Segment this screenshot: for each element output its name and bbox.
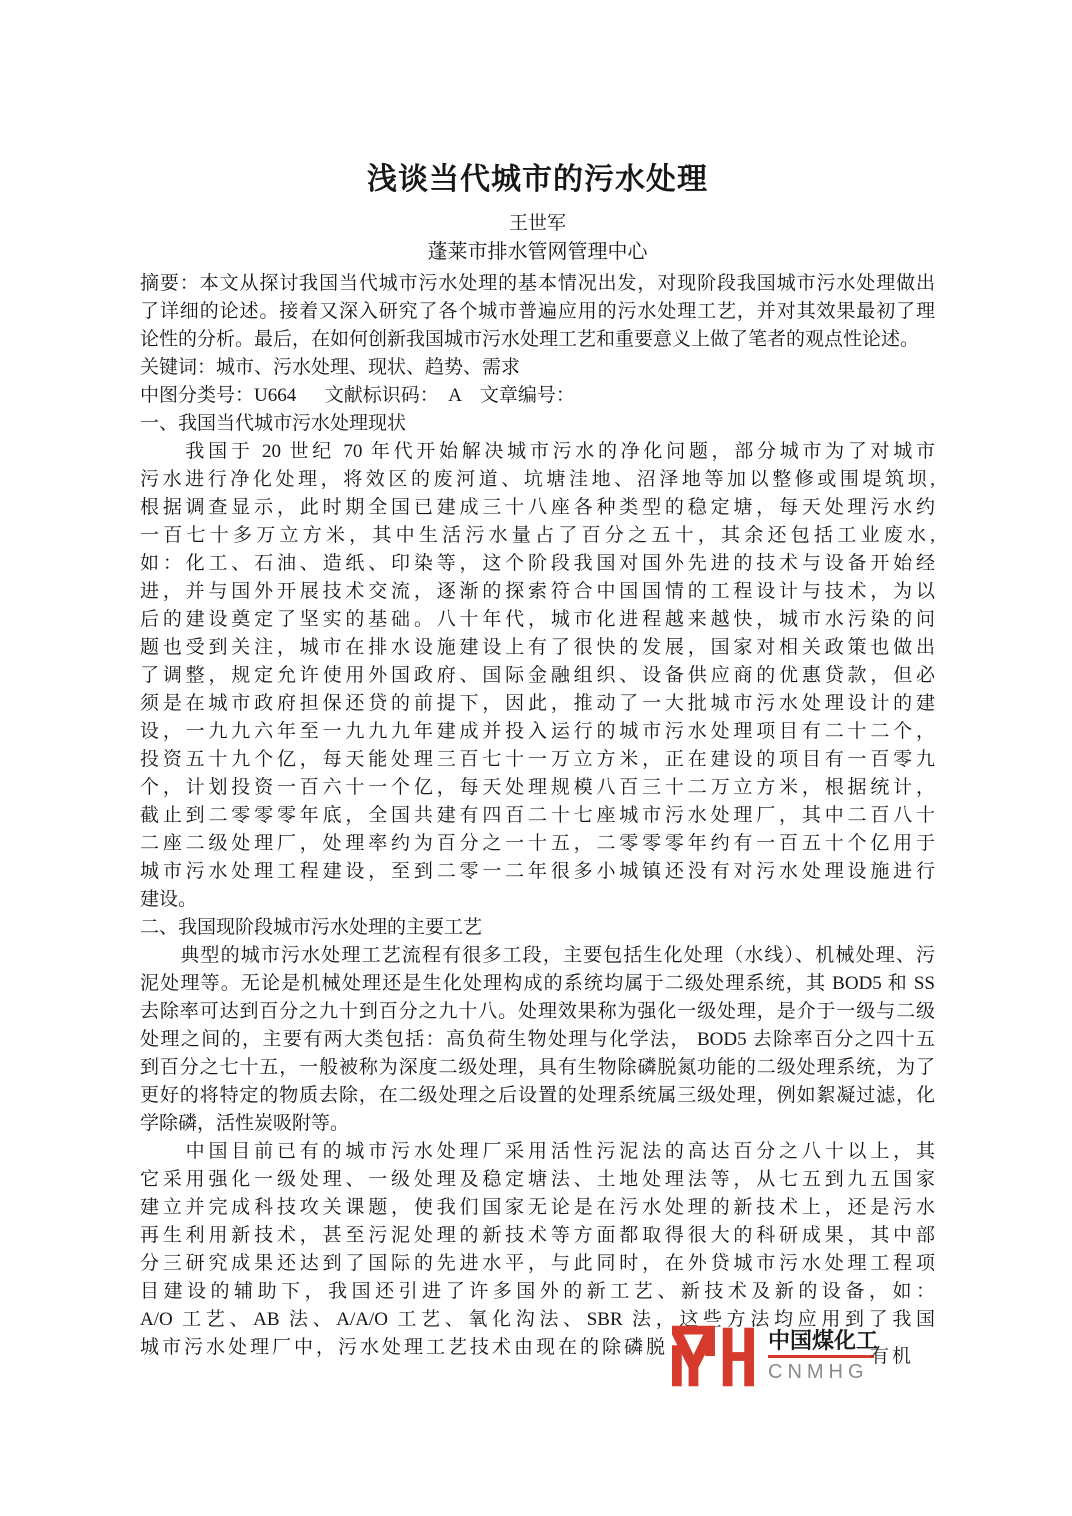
text-line: 处理之间的，主要有两大类包括：高负荷生物处理与化学法， BOD5 去除率百分之四…: [140, 1026, 935, 1054]
text-line: 论性的分析。最后，在如何创新我国城市污水处理工艺和重要意义上做了笔者的观点性论述…: [140, 326, 935, 354]
text-line: 我国于 20 世纪 70 年代开始解决城市污水的净化问题，部分城市为了对城市: [140, 438, 935, 466]
watermark-code: CNMHG: [768, 1360, 869, 1384]
watermark-underline: [768, 1355, 874, 1358]
text-line: 到百分之七十五，一般被称为深度二级处理，具有生物除磷脱氮功能的二级处理系统，为了: [140, 1054, 935, 1082]
text-line: 学除磷，活性炭吸附等。: [140, 1110, 935, 1138]
text-line: 泥处理等。无论是机械处理还是生化处理构成的系统均属于二级处理系统，其 BOD5 …: [140, 970, 935, 998]
text-line: 个，计划投资一百六十一个亿，每天处理规模八百三十二万立方米，根据统计，: [140, 774, 935, 802]
text-line: 再生利用新技术，甚至污泥处理的新技术等方面都取得很大的科研成果，其中部: [140, 1222, 935, 1250]
text-line: 中国目前已有的城市污水处理厂采用活性污泥法的高达百分之八十以上，其: [140, 1138, 935, 1166]
text-line: 后的建设奠定了坚实的基础。八十年代，城市化进程越来越快，城市水污染的问: [140, 606, 935, 634]
text-line: 去除率可达到百分之九十到百分之九十八。处理效果称为强化一级处理，是介于一级与二级: [140, 998, 935, 1026]
text-line: 投资五十九个亿，每天能处理三百七十一万立方米，正在建设的项目有一百零九: [140, 746, 935, 774]
text-line: 中图分类号：U664 文献标识码： A 文章编号：: [140, 382, 935, 410]
text-line: 须是在城市政府担保还贷的前提下，因此，推动了一大批城市污水处理设计的建: [140, 690, 935, 718]
document-content: 浅谈当代城市的污水处理 王世军 蓬莱市排水管网管理中心 摘要：本文从探讨我国当代…: [140, 0, 935, 1362]
text-line: 二座二级处理厂，处理率约为百分之一十五，二零零零年约有一百五十个亿用于: [140, 830, 935, 858]
text-line: 分三研究成果还达到了国际的先进水平，与此同时，在外贷城市污水处理工程项: [140, 1250, 935, 1278]
text-line: 设，一九九六年至一九九九年建成并投入运行的城市污水处理项目有二十二个，: [140, 718, 935, 746]
text-line: 一、我国当代城市污水处理现状: [140, 410, 935, 438]
text-line: 如：化工、石油、造纸、印染等，这个阶段我国对国外先进的技术与设备开始经: [140, 550, 935, 578]
text-line: 关键词：城市、污水处理、现状、趋势、需求: [140, 354, 935, 382]
text-line: 题也受到关注，城市在排水设施建设上有了很快的发展，国家对相关政策也做出: [140, 634, 935, 662]
watermark-tail-text: 有机: [870, 1341, 914, 1368]
page-title: 浅谈当代城市的污水处理: [140, 0, 935, 200]
text-line: 污水进行净化处理，将效区的废河道、坑塘洼地、沼泽地等加以整修或围堤筑坝,: [140, 466, 935, 494]
text-line: 更好的将特定的物质去除，在二级处理之后设置的处理系统属三级处理，例如絮凝过滤，化: [140, 1082, 935, 1110]
text-line: 摘要：本文从探讨我国当代城市污水处理的基本情况出发，对现阶段我国城市污水处理做出: [140, 270, 935, 298]
text-line: 它采用强化一级处理、一级处理及稳定塘法、土地处理法等，从七五到九五国家: [140, 1166, 935, 1194]
text-line: 根据调查显示，此时期全国已建成三十八座各种类型的稳定塘，每天处理污水约: [140, 494, 935, 522]
watermark-company-name: 中国煤化工: [768, 1329, 878, 1353]
text-line: 了调整，规定允许使用外国政府、国际金融组织、设备供应商的优惠贷款，但必: [140, 662, 935, 690]
coal-chem-logo-icon: [672, 1325, 754, 1387]
text-line: 城市污水处理工程建设，至到二零一二年很多小城镇还没有对污水处理设施进行: [140, 858, 935, 886]
text-line: 建立并完成科技攻关课题，使我们国家无论是在污水处理的新技术上，还是污水: [140, 1194, 935, 1222]
text-line: 了详细的论述。接着又深入研究了各个城市普遍应用的污水处理工艺，并对其效果最初了理: [140, 298, 935, 326]
text-line: 截止到二零零零年底，全国共建有四百二十七座城市污水处理厂，其中二百八十: [140, 802, 935, 830]
author-name: 王世军: [140, 210, 935, 238]
document-page: 浅谈当代城市的污水处理 王世军 蓬莱市排水管网管理中心 摘要：本文从探讨我国当代…: [0, 0, 1072, 1516]
text-line: 建设。: [140, 886, 935, 914]
text-line: 典型的城市污水处理工艺流程有很多工段，主要包括生化处理（水线）、机械处理、污: [140, 942, 935, 970]
author-affiliation: 蓬莱市排水管网管理中心: [140, 238, 935, 266]
text-line: 二、我国现阶段城市污水处理的主要工艺: [140, 914, 935, 942]
watermark: 中国煤化工 CNMHG 有机: [672, 1325, 917, 1397]
text-line: 目建设的辅助下，我国还引进了许多国外的新工艺、新技术及新的设备，如：: [140, 1278, 935, 1306]
body-lines: 摘要：本文从探讨我国当代城市污水处理的基本情况出发，对现阶段我国城市污水处理做出…: [140, 270, 935, 1362]
text-line: 进，并与国外开展技术交流，逐渐的探索符合中国国情的工程设计与技术，为以: [140, 578, 935, 606]
text-line: 一百七十多万立方米，其中生活污水量占了百分之五十，其余还包括工业废水,: [140, 522, 935, 550]
